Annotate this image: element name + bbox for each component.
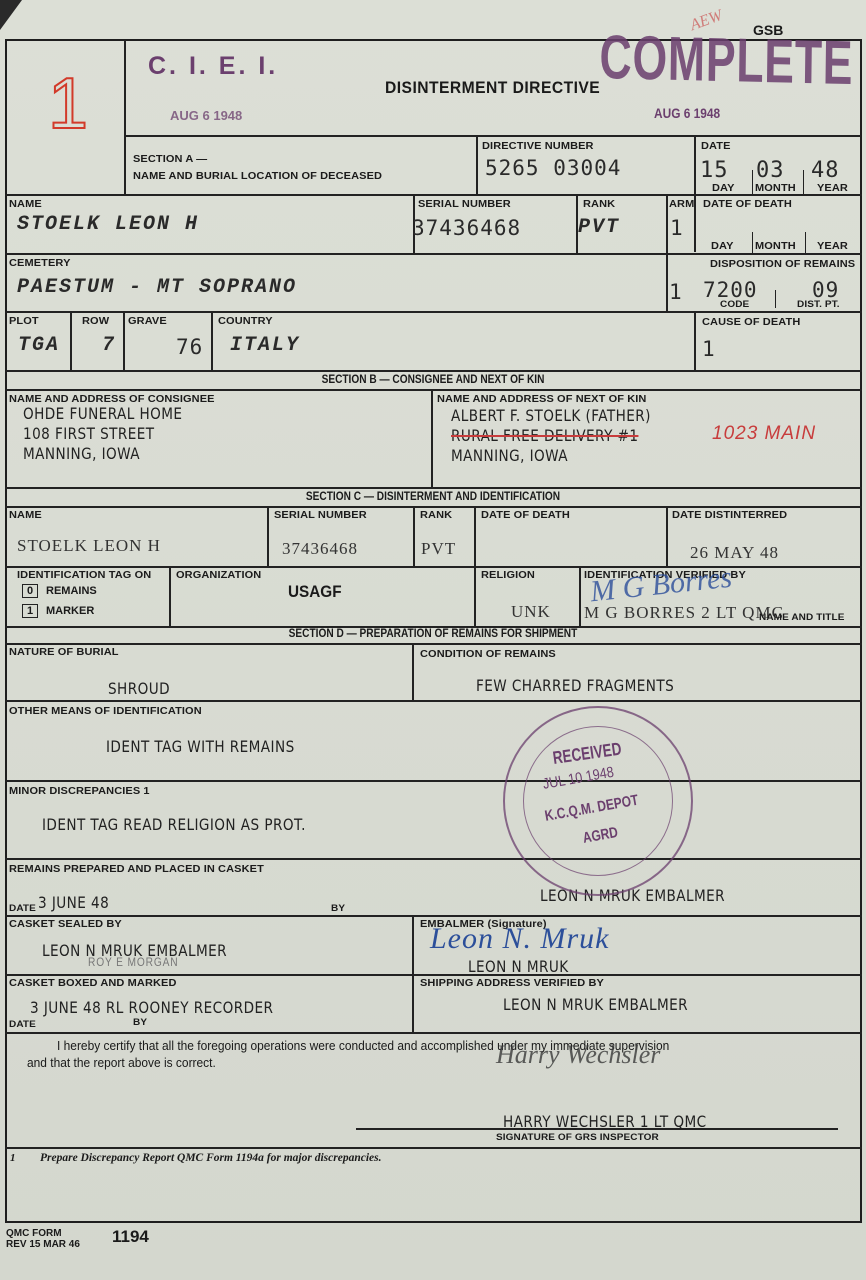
other-means-of-id: IDENT TAG WITH REMAINS	[106, 737, 295, 756]
casket-sealed-label: CASKET SEALED BY	[9, 918, 122, 929]
cause-of-death-label: CAUSE OF DEATH	[702, 316, 800, 327]
marker-label: MARKER	[46, 605, 94, 617]
page-corner-fold	[0, 0, 22, 30]
section-d-heading: SECTION D — PREPARATION OF REMAINS FOR S…	[251, 628, 615, 640]
footnote-mark: 1	[10, 1152, 16, 1164]
c-rank-label: RANK	[420, 509, 452, 520]
c-serial-label: SERIAL NUMBER	[274, 509, 367, 520]
next-of-kin-line-3: MANNING, IOWA	[451, 446, 568, 465]
prepared-by-label: BY	[331, 903, 345, 913]
cie-stamp-date: AUG 6 1948	[170, 108, 242, 123]
next-of-kin-line-2-struck: RURAL FREE DELIVERY #1	[451, 426, 638, 445]
section-a-heading: SECTION A —	[133, 153, 207, 164]
nature-of-burial-label: NATURE OF BURIAL	[9, 646, 119, 657]
inspector-label: SIGNATURE OF GRS INSPECTOR	[496, 1132, 659, 1142]
prepared-date-label: DATE	[9, 903, 36, 913]
consignee-line-2: 108 FIRST STREET	[23, 424, 155, 443]
cemetery-arm-code: 1	[669, 280, 683, 304]
name-label: NAME	[9, 198, 42, 209]
c-name-label: NAME	[9, 509, 42, 520]
received-stamp: RECEIVED JUL 10 1948 K.C.Q.M. DEPOT AGRD	[503, 706, 693, 896]
document-page: 1 C. I. E. I. AUG 6 1948 DISINTERMENT DI…	[0, 0, 866, 1280]
prepared-date: 3 JUNE 48	[38, 893, 109, 912]
cie-stamp: C. I. E. I.	[148, 52, 278, 81]
complete-stamp-date: AUG 6 1948	[654, 105, 720, 121]
c-serial: 37436468	[282, 539, 358, 559]
consignee-line-1: OHDE FUNERAL HOME	[23, 404, 182, 423]
condition-of-remains: FEW CHARRED FRAGMENTS	[476, 676, 674, 695]
plot: TGA	[18, 334, 60, 357]
section-a-subheading: NAME AND BURIAL LOCATION OF DECEASED	[133, 170, 382, 181]
complete-stamp: COMPLETE	[599, 22, 854, 99]
casket-boxed-value: 3 JUNE 48 RL ROONEY RECORDER	[30, 998, 273, 1017]
cemetery-label: CEMETERY	[9, 257, 71, 268]
arm-label: ARM	[669, 198, 694, 209]
embalmer-signature: Leon N. Mruk	[430, 922, 610, 956]
inspector-signature: Harry Wechsler	[496, 1040, 660, 1070]
shipping-verified-by: LEON N MRUK EMBALMER	[503, 995, 688, 1014]
id-tag-marker-option: 1MARKER	[22, 604, 94, 618]
id-tag-label: IDENTIFICATION TAG ON	[17, 569, 151, 580]
date-day: 15	[700, 158, 729, 183]
religion-label: RELIGION	[481, 569, 535, 580]
page-title: DISINTERMENT DIRECTIVE	[385, 78, 600, 98]
date-of-death-label: DATE OF DEATH	[703, 198, 792, 209]
date-label: DATE	[701, 140, 731, 151]
death-year-label: YEAR	[817, 240, 848, 251]
c-rank: PVT	[421, 539, 456, 559]
casket-boxed-label: CASKET BOXED AND MARKED	[9, 977, 177, 988]
directive-number: 5265 03004	[485, 156, 621, 180]
country: ITALY	[230, 334, 300, 357]
code-label: CODE	[720, 299, 749, 309]
section-c-heading: SECTION C — DISINTERMENT AND IDENTIFICAT…	[263, 491, 603, 503]
marker-box: 1	[22, 604, 38, 618]
cause-of-death: 1	[702, 337, 716, 361]
consignee-label: NAME AND ADDRESS OF CONSIGNEE	[9, 393, 215, 404]
certification-text-line-2: and that the report above is correct.	[27, 1055, 216, 1070]
next-of-kin-label: NAME AND ADDRESS OF NEXT OF KIN	[437, 393, 646, 404]
organization-label: ORGANIZATION	[176, 569, 261, 580]
shipping-verified-label: SHIPPING ADDRESS VERIFIED BY	[420, 977, 604, 988]
dist-pt-label: DIST. PT.	[797, 299, 840, 309]
date-year-label: YEAR	[817, 182, 848, 193]
rank: PVT	[578, 216, 620, 239]
nature-of-burial: SHROUD	[108, 679, 170, 698]
country-label: COUNTRY	[218, 315, 273, 326]
date-disinterred: 26 MAY 48	[690, 543, 779, 563]
section-b-heading: SECTION B — CONSIGNEE AND NEXT OF KIN	[272, 374, 594, 386]
consignee-line-3: MANNING, IOWA	[23, 444, 140, 463]
arm-value: 1	[670, 216, 684, 240]
footnote-text: Prepare Discrepancy Report QMC Form 1194…	[40, 1152, 381, 1164]
boxed-date-label: DATE	[9, 1019, 36, 1029]
minor-discrepancies: IDENT TAG READ RELIGION AS PROT.	[42, 815, 306, 834]
date-month-label: MONTH	[755, 182, 796, 193]
disposition-label: DISPOSITION OF REMAINS	[710, 258, 855, 269]
boxed-by-label: BY	[133, 1017, 147, 1027]
inspector-name: HARRY WECHSLER 1 LT QMC	[503, 1112, 707, 1131]
form-id-line-2: REV 15 MAR 46	[6, 1239, 80, 1250]
date-year: 48	[811, 158, 840, 183]
prepared-label: REMAINS PREPARED AND PLACED IN CASKET	[9, 863, 264, 874]
directive-number-label: DIRECTIVE NUMBER	[482, 140, 594, 151]
death-month-label: MONTH	[755, 240, 796, 251]
deceased-name: STOELK LEON H	[17, 213, 199, 236]
verified-by: M G BORRES 2 LT QMC	[584, 603, 784, 623]
id-tag-remains-option: 0REMAINS	[22, 584, 97, 598]
form-id-line-1: QMC FORM	[6, 1228, 62, 1239]
plot-label: PLOT	[9, 315, 39, 326]
remains-box: 0	[22, 584, 38, 598]
other-id-label: OTHER MEANS OF IDENTIFICATION	[9, 705, 202, 716]
date-month: 03	[756, 158, 785, 183]
grave-label: GRAVE	[128, 315, 167, 326]
row: 7	[102, 334, 116, 357]
next-of-kin-address-correction: 1023 MAIN	[712, 423, 816, 445]
death-day-label: DAY	[711, 240, 734, 251]
organization: USAGF	[288, 582, 342, 602]
date-day-label: DAY	[712, 182, 735, 193]
c-name: STOELK LEON H	[17, 536, 161, 556]
condition-label: CONDITION OF REMAINS	[420, 648, 556, 659]
remains-label: REMAINS	[46, 585, 97, 597]
name-and-title-label: NAME AND TITLE	[759, 612, 844, 622]
form-number-mark: 1	[48, 68, 88, 140]
form-id-number: 1194	[112, 1227, 149, 1247]
row-label: ROW	[82, 315, 109, 326]
serial-number-label: SERIAL NUMBER	[418, 198, 511, 209]
grave: 76	[176, 335, 203, 359]
next-of-kin-line-1: ALBERT F. STOELK (FATHER)	[451, 406, 651, 425]
serial-number: 37436468	[412, 216, 521, 240]
date-disinterred-label: DATE DISTINTERRED	[672, 509, 787, 520]
cemetery: PAESTUM - MT SOPRANO	[17, 276, 297, 299]
minor-discrepancies-label: MINOR DISCREPANCIES 1	[9, 785, 150, 796]
casket-sealed-by-faint: ROY E MORGAN	[88, 955, 178, 969]
rank-label: RANK	[583, 198, 615, 209]
c-date-of-death-label: DATE OF DEATH	[481, 509, 570, 520]
religion: UNK	[511, 602, 551, 622]
gsb-label: GSB	[753, 22, 783, 38]
